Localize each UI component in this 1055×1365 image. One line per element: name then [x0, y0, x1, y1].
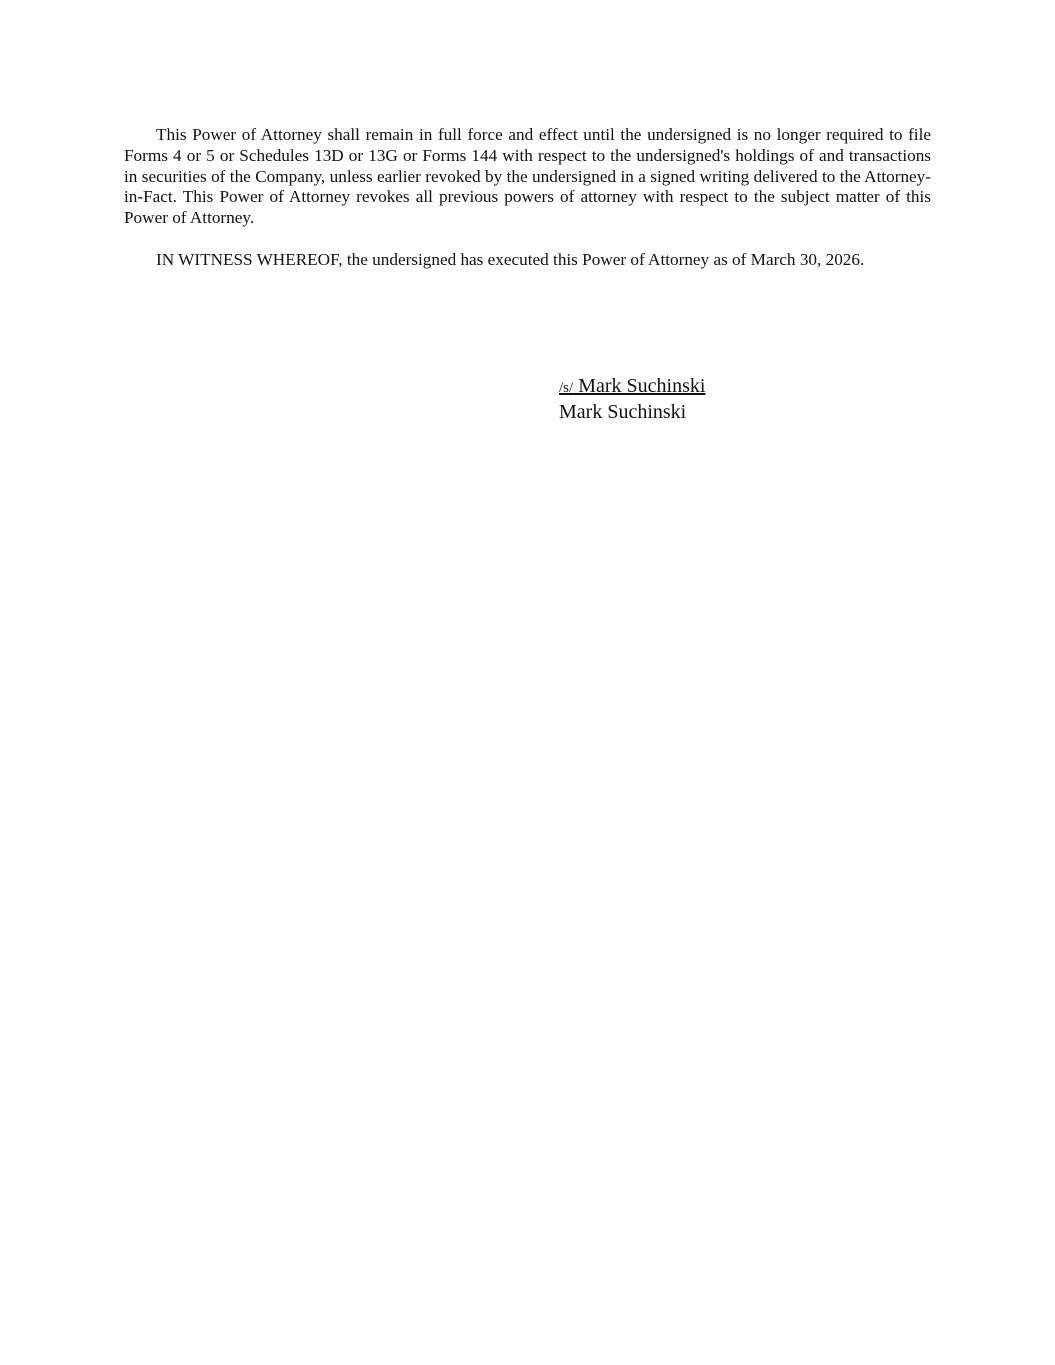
printed-name: Mark Suchinski [559, 400, 705, 424]
term-paragraph: This Power of Attorney shall remain in f… [124, 125, 931, 229]
signature-prefix: /s/ [559, 380, 573, 396]
signature-line: /s/ Mark Suchinski [559, 374, 705, 400]
signed-name: Mark Suchinski [573, 375, 705, 397]
signature-block: /s/ Mark Suchinski Mark Suchinski [559, 374, 705, 424]
witness-paragraph: IN WITNESS WHEREOF, the undersigned has … [124, 250, 931, 271]
